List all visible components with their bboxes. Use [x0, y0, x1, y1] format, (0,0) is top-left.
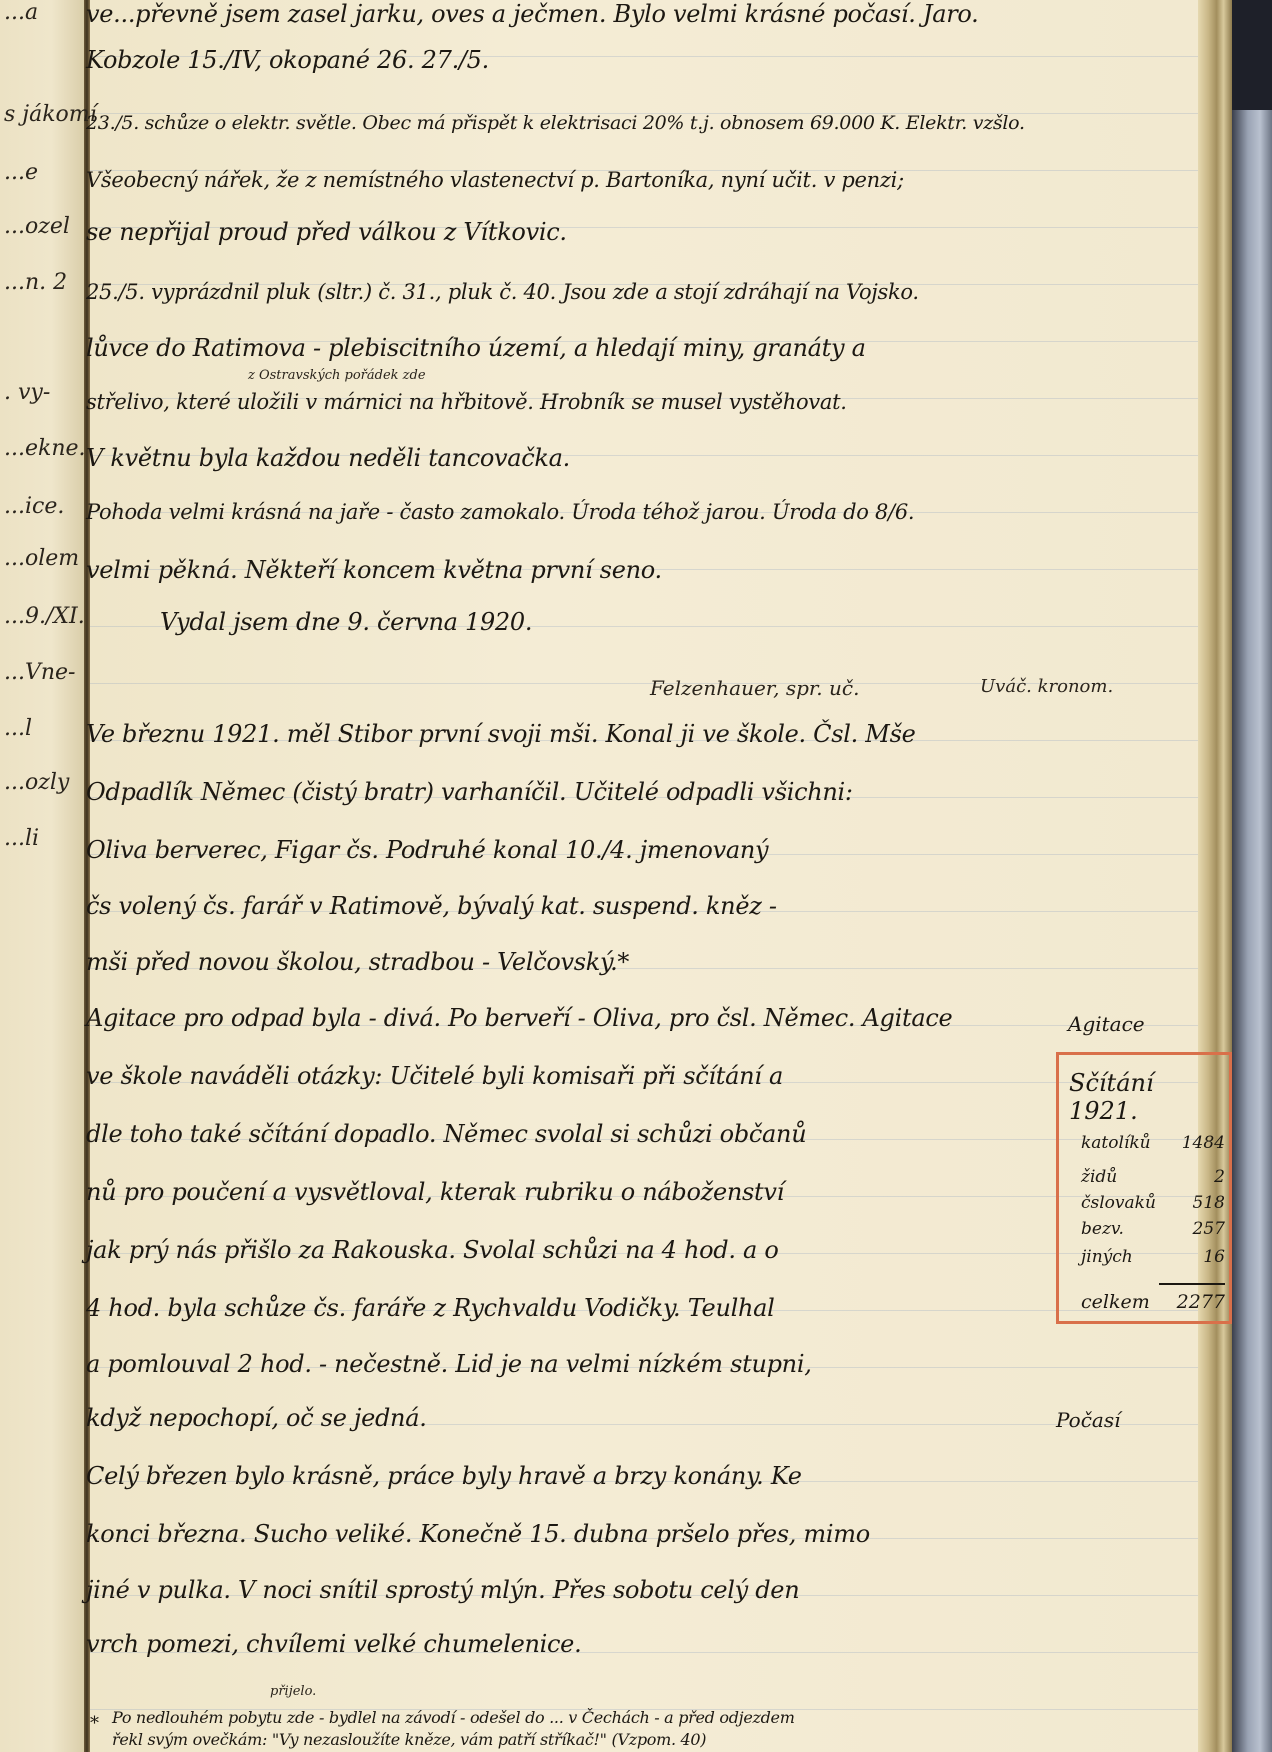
text-line: jiné v pulka. V noci snítil sprostý mlýn… — [86, 1576, 799, 1604]
text-line: ve...převně jsem zasel jarku, oves a ječ… — [86, 0, 978, 28]
text-line: velmi pěkná. Někteří koncem května první… — [86, 556, 662, 584]
prev-page-fragment: ...ozel — [4, 214, 70, 239]
text-line: nů pro poučení a vysvětloval, kterak rub… — [86, 1178, 784, 1206]
census-sum-rule — [1159, 1283, 1225, 1285]
prev-page-fragment: ...l — [4, 716, 32, 741]
text-line: Celý březen bylo krásně, práce byly hrav… — [86, 1462, 802, 1490]
text-line: dle toho také sčítání dopadlo. Němec svo… — [86, 1120, 806, 1148]
footnote-insert: přijelo. — [270, 1684, 316, 1699]
footnote-line-1: Po nedlouhém pobytu zde - bydlel na závo… — [112, 1708, 795, 1727]
text-line: když nepochopí, oč se jedná. — [86, 1404, 427, 1432]
text-line: ve škole naváděli otázky: Učitelé byli k… — [86, 1062, 783, 1090]
prev-page-fragment: ...ice. — [4, 494, 64, 519]
census-row-jews: židů 2 — [1081, 1167, 1225, 1187]
census-total-value: 2277 — [1177, 1291, 1225, 1313]
census-label: židů — [1081, 1167, 1117, 1187]
census-total-label: celkem — [1081, 1291, 1150, 1313]
census-row-irreligious: bezv. 257 — [1081, 1219, 1225, 1239]
issued-date-line: Vydal jsem dne 9. června 1920. — [160, 608, 532, 636]
census-value: 16 — [1203, 1247, 1225, 1267]
previous-page-edge — [0, 0, 86, 1752]
book-cover — [1232, 0, 1272, 1752]
prev-page-fragment: ...n. 2 — [4, 270, 67, 295]
text-line: vrch pomezi, chvílemi velké chumelenice. — [86, 1630, 581, 1658]
text-line: konci března. Sucho veliké. Konečně 15. … — [86, 1520, 870, 1548]
text-line: Odpadlík Němec (čistý bratr) varhaníčil.… — [86, 778, 853, 806]
prev-page-fragment: ...olem — [4, 546, 79, 571]
census-value: 257 — [1193, 1219, 1225, 1239]
margin-note-pocasi: Počasí — [1056, 1408, 1120, 1432]
census-1921-box: Sčítání 1921. katolíků 1484 židů 2 čslov… — [1056, 1052, 1232, 1324]
text-line: Agitace pro odpad byla - divá. Po berveř… — [86, 1004, 952, 1032]
prev-page-fragment: ...Vne- — [4, 660, 76, 685]
text-line: čs volený čs. farář v Ratimově, bývalý k… — [86, 892, 777, 920]
text-line: V květnu byla každou neděli tancovačka. — [86, 444, 570, 472]
footnote-marker: * — [90, 1713, 99, 1734]
census-label: čslovaků — [1081, 1193, 1156, 1213]
text-line: Ve březnu 1921. měl Stibor první svoji m… — [86, 720, 916, 748]
census-row-catholics: katolíků 1484 — [1081, 1133, 1225, 1153]
prev-page-fragment: ...li — [4, 826, 39, 851]
census-row-others: jiných 16 — [1081, 1247, 1225, 1267]
prev-page-fragment: . vy- — [4, 380, 50, 405]
text-line: jak prý nás přišlo za Rakouska. Svolal s… — [86, 1236, 779, 1264]
text-line: a pomlouval 2 hod. - nečestně. Lid je na… — [86, 1350, 812, 1378]
census-label: jiných — [1081, 1247, 1133, 1267]
census-value: 1484 — [1182, 1133, 1225, 1153]
prev-page-fragment: ...e — [4, 160, 38, 185]
interlinear-insert: z Ostravských pořádek zde — [248, 368, 426, 383]
footnote-line-2: řekl svým ovečkám: "Vy nezasloužíte kněz… — [112, 1730, 706, 1749]
census-value: 2 — [1214, 1167, 1225, 1187]
census-value: 518 — [1193, 1193, 1225, 1213]
text-line: střelivo, které uložili v márnici na hřb… — [86, 390, 847, 414]
census-label: bezv. — [1081, 1219, 1124, 1239]
page-stack-edges — [1198, 0, 1232, 1752]
text-line: 23./5. schůze o elektr. světle. Obec má … — [86, 112, 1025, 134]
prev-page-fragment: ...ozly — [4, 770, 69, 795]
margin-note-agitace: Agitace — [1068, 1012, 1145, 1036]
text-line: Kobzole 15./IV, okopané 26. 27./5. — [86, 46, 489, 74]
census-row-total: celkem 2277 — [1081, 1291, 1225, 1313]
signature-right: Uváč. kronom. — [980, 676, 1113, 697]
prev-page-fragment: ...9./XI. — [4, 604, 85, 629]
signature-left: Felzenhauer, spr. uč. — [650, 676, 859, 700]
text-line: 25./5. vyprázdnil pluk (sltr.) č. 31., p… — [86, 280, 919, 304]
prev-page-fragment: ...ekne. — [4, 436, 86, 461]
text-line: lůvce do Ratimova - plebiscitního území,… — [86, 334, 866, 362]
census-title: Sčítání 1921. — [1069, 1069, 1229, 1125]
prev-page-fragment: s jákomí — [4, 102, 97, 127]
text-line: se nepřijal proud před válkou z Vítkovic… — [86, 218, 567, 246]
prev-page-fragment: ...a — [4, 0, 38, 25]
text-line: Oliva berverec, Figar čs. Podruhé konal … — [86, 836, 768, 864]
book-cover-shadow — [1232, 0, 1272, 110]
text-line: 4 hod. byla schůze čs. faráře z Rychvald… — [86, 1294, 775, 1322]
census-label: katolíků — [1081, 1133, 1151, 1153]
text-line: Všeobecný nářek, že z nemístného vlasten… — [86, 168, 904, 192]
text-line: Pohoda velmi krásná na jaře - často zamo… — [86, 500, 914, 524]
census-row-czechoslovak: čslovaků 518 — [1081, 1193, 1225, 1213]
text-line: mši před novou školou, stradbou - Velčov… — [86, 948, 629, 976]
